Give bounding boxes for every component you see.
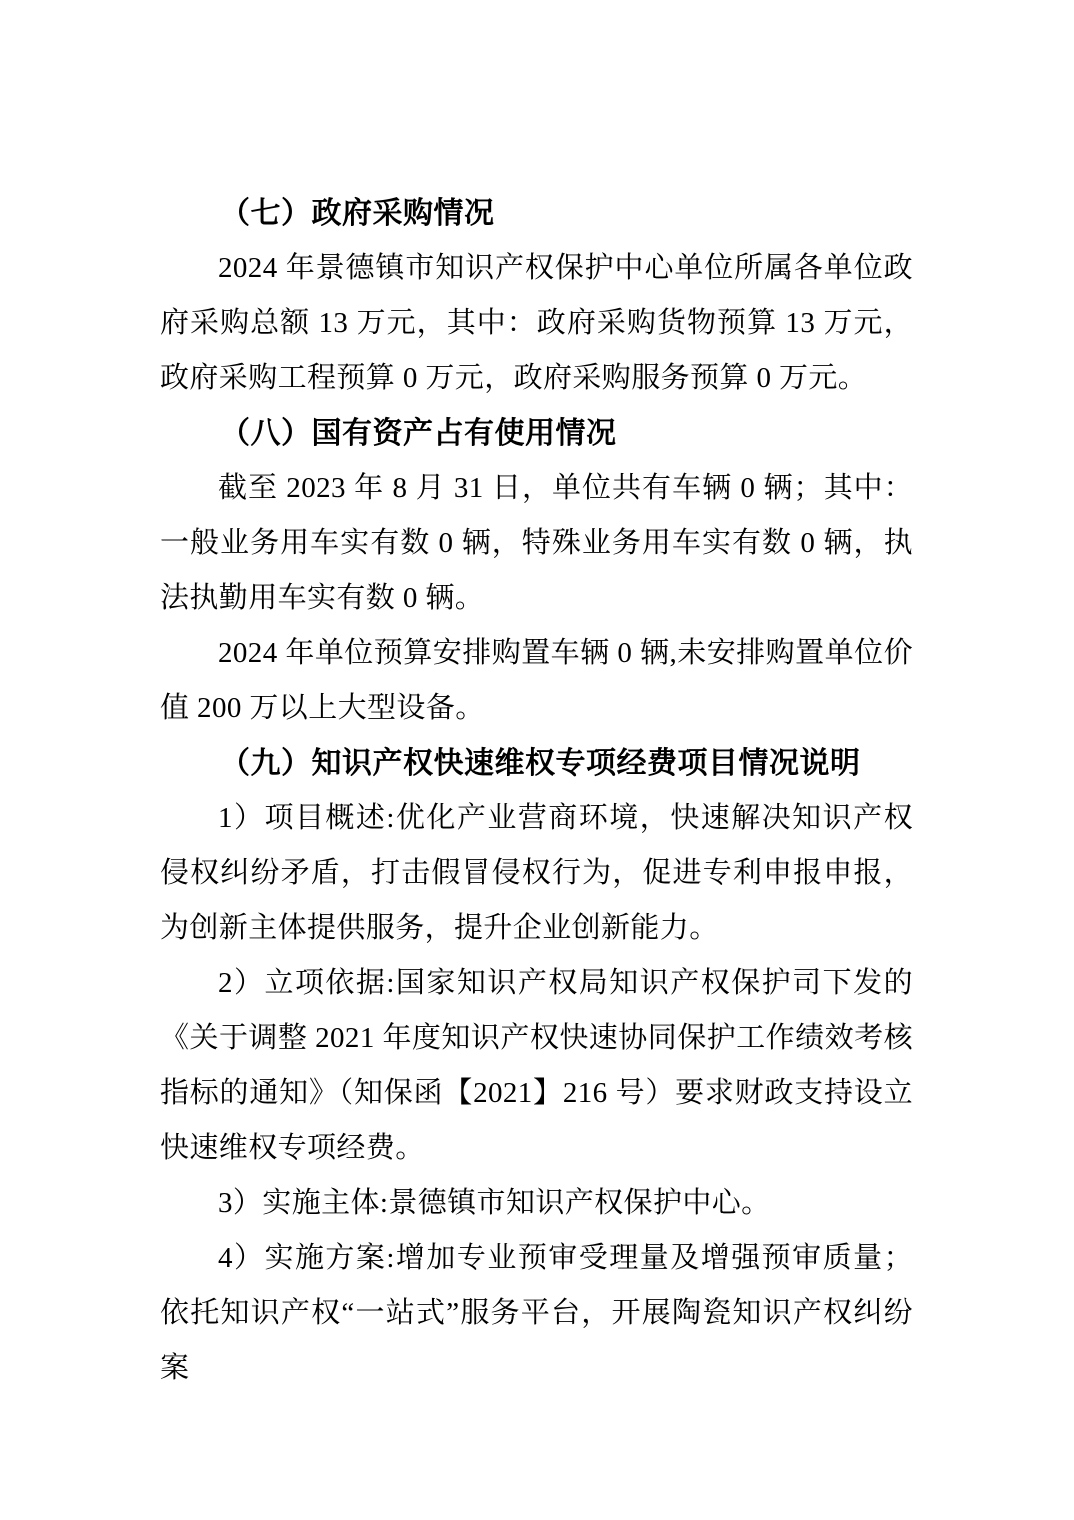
section-government-procurement: （七）政府采购情况 2024 年景德镇市知识产权保护中心单位所属各单位政府采购总…: [160, 186, 913, 406]
document-text-block: （七）政府采购情况 2024 年景德镇市知识产权保护中心单位所属各单位政府采购总…: [160, 186, 913, 1396]
section-ip-rapid-protection-fund: （九）知识产权快速维权专项经费项目情况说明 1）项目概述:优化产业营商环境，快速…: [160, 736, 913, 1396]
section-7-paragraph-procurement-totals: 2024 年景德镇市知识产权保护中心单位所属各单位政府采购总额 13 万元，其中…: [160, 241, 913, 406]
section-state-owned-assets: （八）国有资产占有使用情况 截至 2023 年 8 月 31 日，单位共有车辆 …: [160, 406, 913, 736]
budget-document-page: （七）政府采购情况 2024 年景德镇市知识产权保护中心单位所属各单位政府采购总…: [0, 0, 1074, 1520]
section-9-item-implementation-plan: 4）实施方案:增加专业预审受理量及增强预审质量；依托知识产权“一站式”服务平台，…: [160, 1231, 913, 1396]
section-9-item-implementing-body: 3）实施主体:景德镇市知识产权保护中心。: [160, 1176, 913, 1231]
section-9-item-approval-basis: 2）立项依据:国家知识产权局知识产权保护司下发的《关于调整 2021 年度知识产…: [160, 956, 913, 1176]
section-9-item-project-overview: 1）项目概述:优化产业营商环境，快速解决知识产权侵权纠纷矛盾，打击假冒侵权行为，…: [160, 791, 913, 956]
section-8-heading: （八）国有资产占有使用情况: [160, 406, 913, 461]
section-8-paragraph-vehicle-budget: 2024 年单位预算安排购置车辆 0 辆,未安排购置单位价值 200 万以上大型…: [160, 626, 913, 736]
section-9-heading: （九）知识产权快速维权专项经费项目情况说明: [160, 736, 913, 791]
section-8-paragraph-vehicle-counts: 截至 2023 年 8 月 31 日，单位共有车辆 0 辆；其中：一般业务用车实…: [160, 461, 913, 626]
section-7-heading: （七）政府采购情况: [160, 186, 913, 241]
